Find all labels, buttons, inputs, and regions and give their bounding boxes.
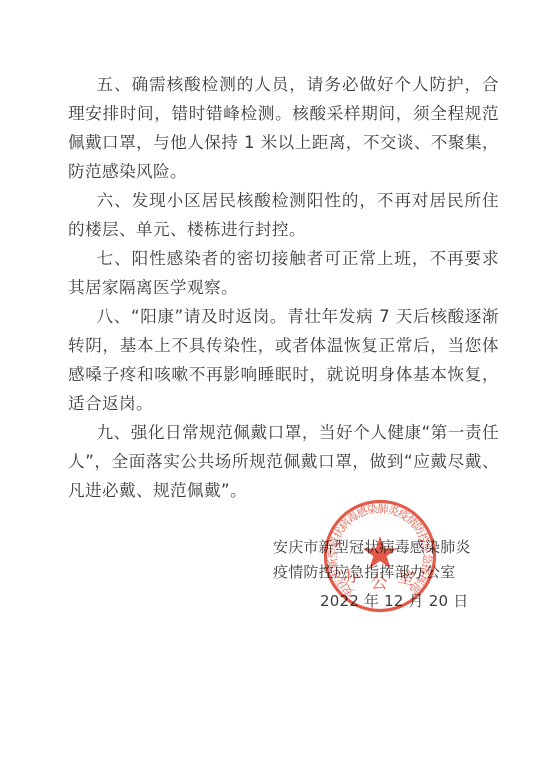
document-body: 五、确需核酸检测的人员，请务必做好个人防护，合理安排时间，错时错峰检测。核酸采样… bbox=[68, 70, 499, 505]
paragraph-7: 七、阳性感染者的密切接触者可正常上班，不再要求其居家隔离医学观察。 bbox=[68, 244, 499, 302]
seal-bottom-char-2: 公 bbox=[371, 573, 388, 593]
seal-bottom-char-1: 办 bbox=[340, 565, 362, 589]
document-page: 五、确需核酸检测的人员，请务必做好个人防护，合理安排时间，错时错峰检测。核酸采样… bbox=[0, 0, 543, 768]
paragraph-6: 六、发现小区居民核酸检测阳性的，不再对居民所住的楼层、单元、楼栋进行封控。 bbox=[68, 186, 499, 244]
paragraph-9: 九、强化日常规范佩戴口罩，当好个人健康“第一责任人”，全面落实公共场所规范佩戴口… bbox=[68, 418, 499, 505]
star-icon bbox=[363, 536, 397, 569]
paragraph-5: 五、确需核酸检测的人员，请务必做好个人防护，合理安排时间，错时错峰检测。核酸采样… bbox=[68, 70, 499, 186]
paragraph-8: 八、“阳康”请及时返岗。青壮年发病 7 天后核酸逐渐转阴，基本上不具传染性，或者… bbox=[68, 302, 499, 418]
official-seal: 安庆市新型冠状病毒感染肺炎疫情防控应急指挥部 办 公 室 bbox=[318, 494, 442, 618]
